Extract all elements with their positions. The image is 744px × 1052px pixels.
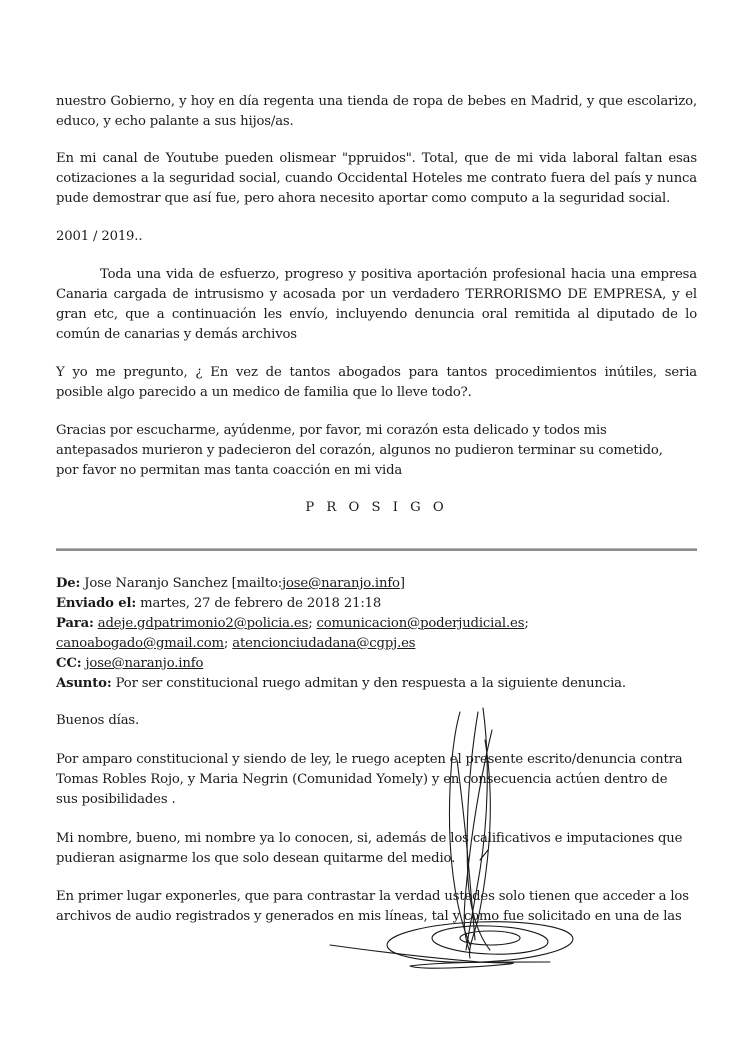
text-line: cotizaciones a la seguridad social, cuan… [56,169,697,189]
subject-label: Asunto: [56,676,112,691]
from-label: De: [56,576,80,591]
paragraph-gracias: Gracias por escucharme, ayúdenme, por fa… [56,421,697,481]
separator-line [56,548,697,551]
text-line: común de canarias y demás archivos [56,325,697,345]
email-to-row-cont: canoabogado@gmail.com; atencionciudadana… [56,634,697,654]
text-line: gran etc, que a continuación les envío, … [56,305,697,325]
to-email-link[interactable]: adeje.gdpatrimonio2@policia.es [98,616,308,631]
text-line: Toda una vida de esfuerzo, progreso y po… [56,265,697,285]
email-paragraph-amparo: Por amparo constitucional y siendo de le… [56,750,697,810]
text-line: Gracias por escucharme, ayúdenme, por fa… [56,421,697,441]
document-page: nuestro Gobierno, y hoy en día regenta u… [0,0,744,1052]
text-line: Tomas Robles Rojo, y Maria Negrin (Comun… [56,770,697,790]
from-email-link[interactable]: jose@naranjo.info [282,576,400,591]
text-line: En primer lugar exponerles, que para con… [56,887,697,907]
paragraph-years: 2001 / 2019.. [56,227,697,247]
text-line: sus posibilidades . [56,790,697,810]
subject-value: Por ser constitucional ruego admitan y d… [116,676,626,691]
cc-email-link[interactable]: jose@naranjo.info [85,656,203,671]
email-from-row: De: Jose Naranjo Sanchez [mailto:jose@na… [56,574,697,594]
text-line: Canaria cargada de intrusismo y acosada … [56,285,697,305]
text-line: archivos de audio registrados y generado… [56,907,697,927]
email-subject-row: Asunto: Por ser constitucional ruego adm… [56,674,697,694]
paragraph-pregunta: Y yo me pregunto, ¿ En vez de tantos abo… [56,363,697,403]
text-line: nuestro Gobierno, y hoy en día regenta u… [56,92,697,112]
to-email-link[interactable]: atencionciudadana@cgpj.es [232,636,415,651]
text-line: pude demostrar que así fue, pero ahora n… [56,189,697,209]
text-line: En mi canal de Youtube pueden olismear "… [56,149,697,169]
text-line: antepasados murieron y padecieron del co… [56,441,697,461]
text-line: Y yo me pregunto, ¿ En vez de tantos abo… [56,363,697,383]
text-line: educo, y echo palante a sus hijos/as. [56,112,697,132]
email-paragraph-primer-lugar: En primer lugar exponerles, que para con… [56,887,697,927]
email-header: De: Jose Naranjo Sanchez [mailto:jose@na… [56,574,697,694]
text-line: Por amparo constitucional y siendo de le… [56,750,697,770]
paragraph-gobierno: nuestro Gobierno, y hoy en día regenta u… [56,92,697,132]
text-line: Buenos días. [56,711,697,731]
text-line: pudieran asignarme los que solo desean q… [56,849,697,869]
cc-label: CC: [56,656,81,671]
paragraph-vida-esfuerzo: Toda una vida de esfuerzo, progreso y po… [56,265,697,345]
text-line: posible algo parecido a un medico de fam… [56,383,697,403]
text-line: 2001 / 2019.. [56,227,697,247]
to-label: Para: [56,616,94,631]
sent-label: Enviado el: [56,596,136,611]
email-to-row: Para: adeje.gdpatrimonio2@policia.es; co… [56,614,697,634]
to-email-link[interactable]: comunicacion@poderjudicial.es [317,616,525,631]
from-suffix: ] [400,576,405,591]
email-cc-row: CC: jose@naranjo.info [56,654,697,674]
from-name: Jose Naranjo Sanchez [mailto: [84,576,282,591]
email-sent-row: Enviado el: martes, 27 de febrero de 201… [56,594,697,614]
text-line: Mi nombre, bueno, mi nombre ya lo conoce… [56,829,697,849]
text-line: por favor no permitan mas tanta coacción… [56,461,697,481]
to-email-link[interactable]: canoabogado@gmail.com [56,636,224,651]
email-paragraph-nombre: Mi nombre, bueno, mi nombre ya lo conoce… [56,829,697,869]
email-greeting: Buenos días. [56,711,697,731]
paragraph-youtube: En mi canal de Youtube pueden olismear "… [56,149,697,209]
sent-value: martes, 27 de febrero de 2018 21:18 [140,596,381,611]
closing-prosigo: P R O S I G O [56,500,697,515]
